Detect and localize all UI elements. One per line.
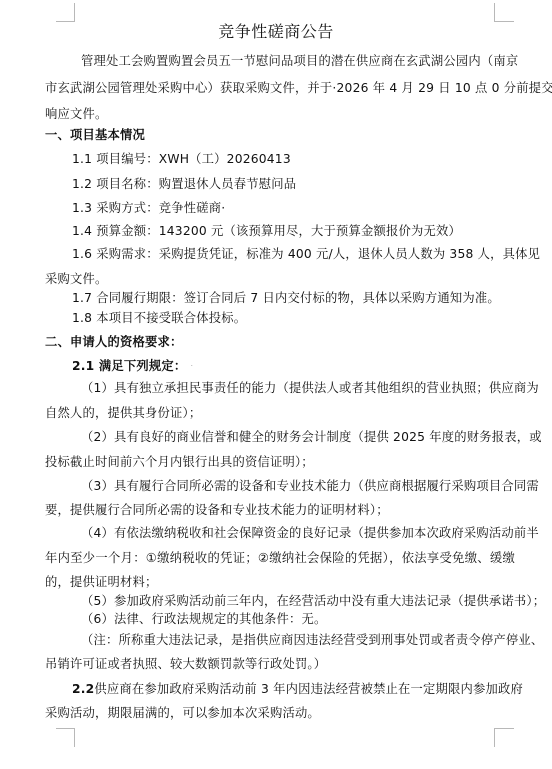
page-corner-mark-bottom-right (494, 728, 514, 747)
note-line: 吊销许可证或者执照、较大数额罚款等行政处罚。） (45, 656, 515, 672)
section-1-item: 1.2 项目名称：购置退休人员春节慰问品 (45, 176, 515, 192)
formatting-mark: · (190, 362, 193, 371)
section-2-2-line-1: 2.2供应商在参加政府采购活动前 3 年内因违法经营被禁止在一定期限内参加政府 (45, 681, 515, 697)
requirement-line: （4）有依法缴纳税收和社会保障资金的良好记录（提供参加本次政府采购活动前半 (45, 525, 515, 541)
requirement-line: 的，提供证明材料； (45, 574, 515, 590)
intro-line-2: 市玄武湖公园管理处采购中心）获取采购文件，并于·2026 年 4 月 29 日 … (45, 80, 515, 96)
section-1-item: 1.1 项目编号：XWH（工）20260413 (45, 151, 515, 167)
note-line: （注：所称重大违法记录，是指供应商因违法经营受到刑事处罚或者责令停产停业、 (45, 632, 515, 648)
section-1-item: 1.3 采购方式：竞争性磋商· (45, 200, 515, 216)
section-1-item: 1.7 合同履行期限：签订合同后 7 日内交付标的物，具体以采购方通知为准。 (45, 290, 515, 306)
section-2-2-line-2: 采购活动，期限届满的，可以参加本次采购活动。 (45, 705, 515, 721)
requirement-line: 年内至少一个月：①缴纳税收的凭证；②缴纳社会保险的凭据），依法享受免缴、缓缴 (45, 550, 515, 566)
section-1-item: 1.8 本项目不接受联合体投标。 (45, 310, 515, 326)
section-2-1-heading: 2.1 满足下列规定： · (45, 358, 515, 375)
section-2-heading: 二、申请人的资格要求： (45, 334, 515, 350)
requirement-line: （2）具有良好的商业信誉和健全的财务会计制度（提供 2025 年度的财务报表，或 (45, 429, 515, 445)
requirement-line: 投标截止时间前六个月内银行出具的资信证明）； (45, 454, 515, 470)
document-title: 竞争性磋商公告 (0, 19, 552, 42)
section-1-item: 1.6 采购需求：采购提货凭证，标准为 400 元/人，退休人员人数为 358 … (45, 246, 515, 262)
intro-line-1: 管理处工会购置购置会员五一节慰问品项目的潜在供应商在玄武湖公园内（南京 (45, 53, 515, 69)
page-corner-mark-bottom-left (56, 728, 75, 747)
requirement-line: 自然人的，提供其身份证）； (45, 405, 515, 421)
intro-line-3: 响应文件。 (45, 106, 515, 122)
section-1-heading: 一、项目基本情况 (45, 127, 515, 143)
requirement-line: （3）具有履行合同所必需的设备和专业技术能力（供应商根据履行采购项目合同需 (45, 478, 515, 494)
section-2-1-label: 2.1 满足下列规定： (72, 359, 186, 373)
requirement-line: （5）参加政府采购活动前三年内，在经营活动中没有重大违法记录（提供承诺书）； (45, 593, 515, 609)
requirement-line: （6）法律、行政法规规定的其他条件：无。 (45, 611, 515, 627)
section-2-2-label: 2.2 (72, 682, 94, 696)
requirement-line: 要，提供履行合同所必需的设备和专业技术能力的证明材料）； (45, 502, 515, 518)
section-1-item-continued: 采购文件。 (45, 271, 515, 287)
section-1-item: 1.4 预算金额：143200 元（该预算用尽，大于预算金额报价为无效） (45, 223, 515, 239)
section-2-2-text: 供应商在参加政府采购活动前 3 年内因违法经营被禁止在一定期限内参加政府 (94, 682, 523, 696)
requirement-line: （1）具有独立承担民事责任的能力（提供法人或者其他组织的营业执照；供应商为 (45, 380, 515, 396)
